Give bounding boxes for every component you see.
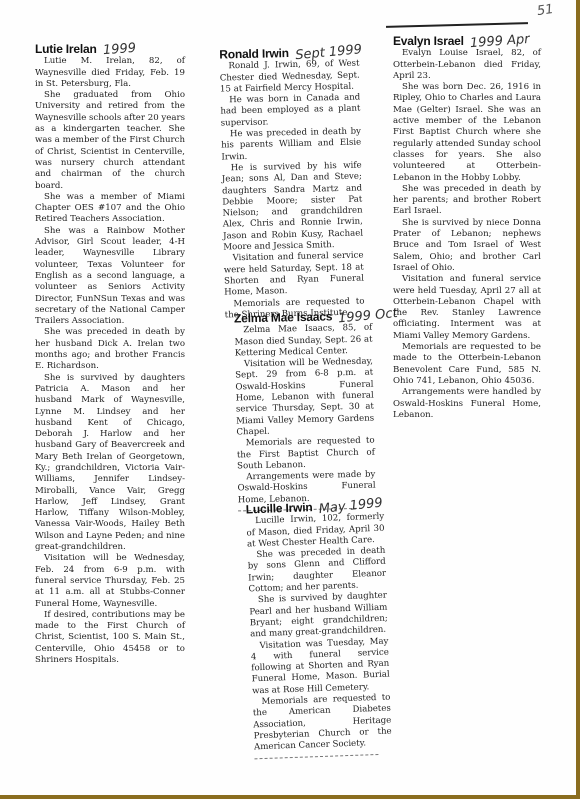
obituary-paragraph: Lucille Irwin, 102, formerly of Mason, d… <box>246 512 385 551</box>
obituary-paragraph: She was born Dec. 26, 1916 in Ripley, Oh… <box>393 82 541 184</box>
obituary-paragraph: Visitation and funeral service were held… <box>223 251 364 299</box>
obituary-paragraph: She was preceded in death by her husband… <box>35 327 185 372</box>
obituary-paragraph: If desired, contributions may be made to… <box>35 610 185 666</box>
obituary-name: Lutie Irelan <box>35 44 97 55</box>
handwritten-date-note: 1999 <box>102 43 136 57</box>
obituary-paragraph: She was a member of Miami Chapter OES #1… <box>35 192 185 226</box>
obituary-name: Evalyn Israel <box>393 36 464 47</box>
obituary-paragraph: She is survived by niece Donna Prater of… <box>393 218 541 274</box>
obituary-paragraph: She graduated from Ohio University and r… <box>35 90 185 192</box>
obituary-clipping-lucille-irwin: Lucille Irwin May 1999 Lucille Irwin, 10… <box>246 500 393 759</box>
obituary-clipping-ronald-irwin: Ronald Irwin Sept 1999 Ronald J. Irwin, … <box>219 47 365 322</box>
clipping-header: Ronald Irwin Sept 1999 <box>219 47 359 61</box>
obituary-paragraph: Arrangements were handled by Oswald-Hosk… <box>393 387 541 421</box>
obituary-paragraph: He is survived by his wife Jean; sons Al… <box>222 161 364 254</box>
obituary-paragraph: Visitation will be Wednesday, Feb. 24 fr… <box>35 553 185 609</box>
page-number: 51 <box>536 2 554 19</box>
obituary-paragraph: Memorials are requested to be made to th… <box>393 342 541 387</box>
obituary-paragraph: Memorials are requested to the American … <box>252 693 392 754</box>
obituary-name: Ronald Irwin <box>219 48 289 61</box>
obituary-paragraph: Visitation will be Wednesday, Sept. 29 f… <box>235 357 375 439</box>
obituary-paragraph: Ronald J. Irwin, 69, of West Chester die… <box>219 59 360 96</box>
obituary-paragraph: She was preceded in death by her parents… <box>393 184 541 218</box>
clipping-header: Lutie Irelan 1999 <box>35 44 185 55</box>
scanned-page: 51 Lutie Irelan 1999 Lutie M. Irelan, 82… <box>0 0 580 799</box>
obituary-paragraph: Memorials are requested to the First Bap… <box>237 436 376 473</box>
obituary-name: Lucille Irwin <box>246 502 313 516</box>
clipping-header: Evalyn Israel 1999 Apr <box>393 36 541 47</box>
obituary-paragraph: Visitation was Tuesday, May 4 with funer… <box>250 636 390 697</box>
obituary-clipping-lutie-irelan: Lutie Irelan 1999 Lutie M. Irelan, 82, o… <box>35 44 185 666</box>
obituary-name: Zelma Mae Isaacs <box>234 311 332 324</box>
obituary-paragraph: Visitation and funeral service were held… <box>393 274 541 342</box>
obituary-clipping-zelma-mae-isaacs: Zelma Mae Isaacs 1999 Oct Zelma Mae Isaa… <box>234 311 376 512</box>
top-divider-rule <box>386 22 528 28</box>
obituary-paragraph: She was preceded in death by sons Glenn … <box>247 546 386 596</box>
obituary-paragraph: Zelma Mae Isaacs, 85, of Mason died Sund… <box>234 323 373 360</box>
obituary-paragraph: She is survived by daughter Pearl and he… <box>249 591 388 641</box>
clipping-bottom-rule <box>254 754 378 759</box>
obituary-clipping-evalyn-israel: Evalyn Israel 1999 Apr Evalyn Louise Isr… <box>393 36 541 421</box>
obituary-paragraph: She was a Rainbow Mother Advisor, Girl S… <box>35 226 185 328</box>
handwritten-date-note: 1999 Oct <box>338 308 398 325</box>
handwritten-date-note: 1999 Apr <box>469 34 529 49</box>
clipping-header: Zelma Mae Isaacs 1999 Oct <box>234 311 372 325</box>
obituary-paragraph: He was preceded in death by his parents … <box>221 127 362 164</box>
obituary-paragraph: Lutie M. Irelan, 82, of Waynesville died… <box>35 56 185 90</box>
obituary-paragraph: She is survived by daughters Patricia A.… <box>35 373 185 554</box>
obituary-paragraph: He was born in Canada and had been emplo… <box>220 93 361 130</box>
obituary-paragraph: Evalyn Louise Israel, 82, of Otterbein-L… <box>393 48 541 82</box>
